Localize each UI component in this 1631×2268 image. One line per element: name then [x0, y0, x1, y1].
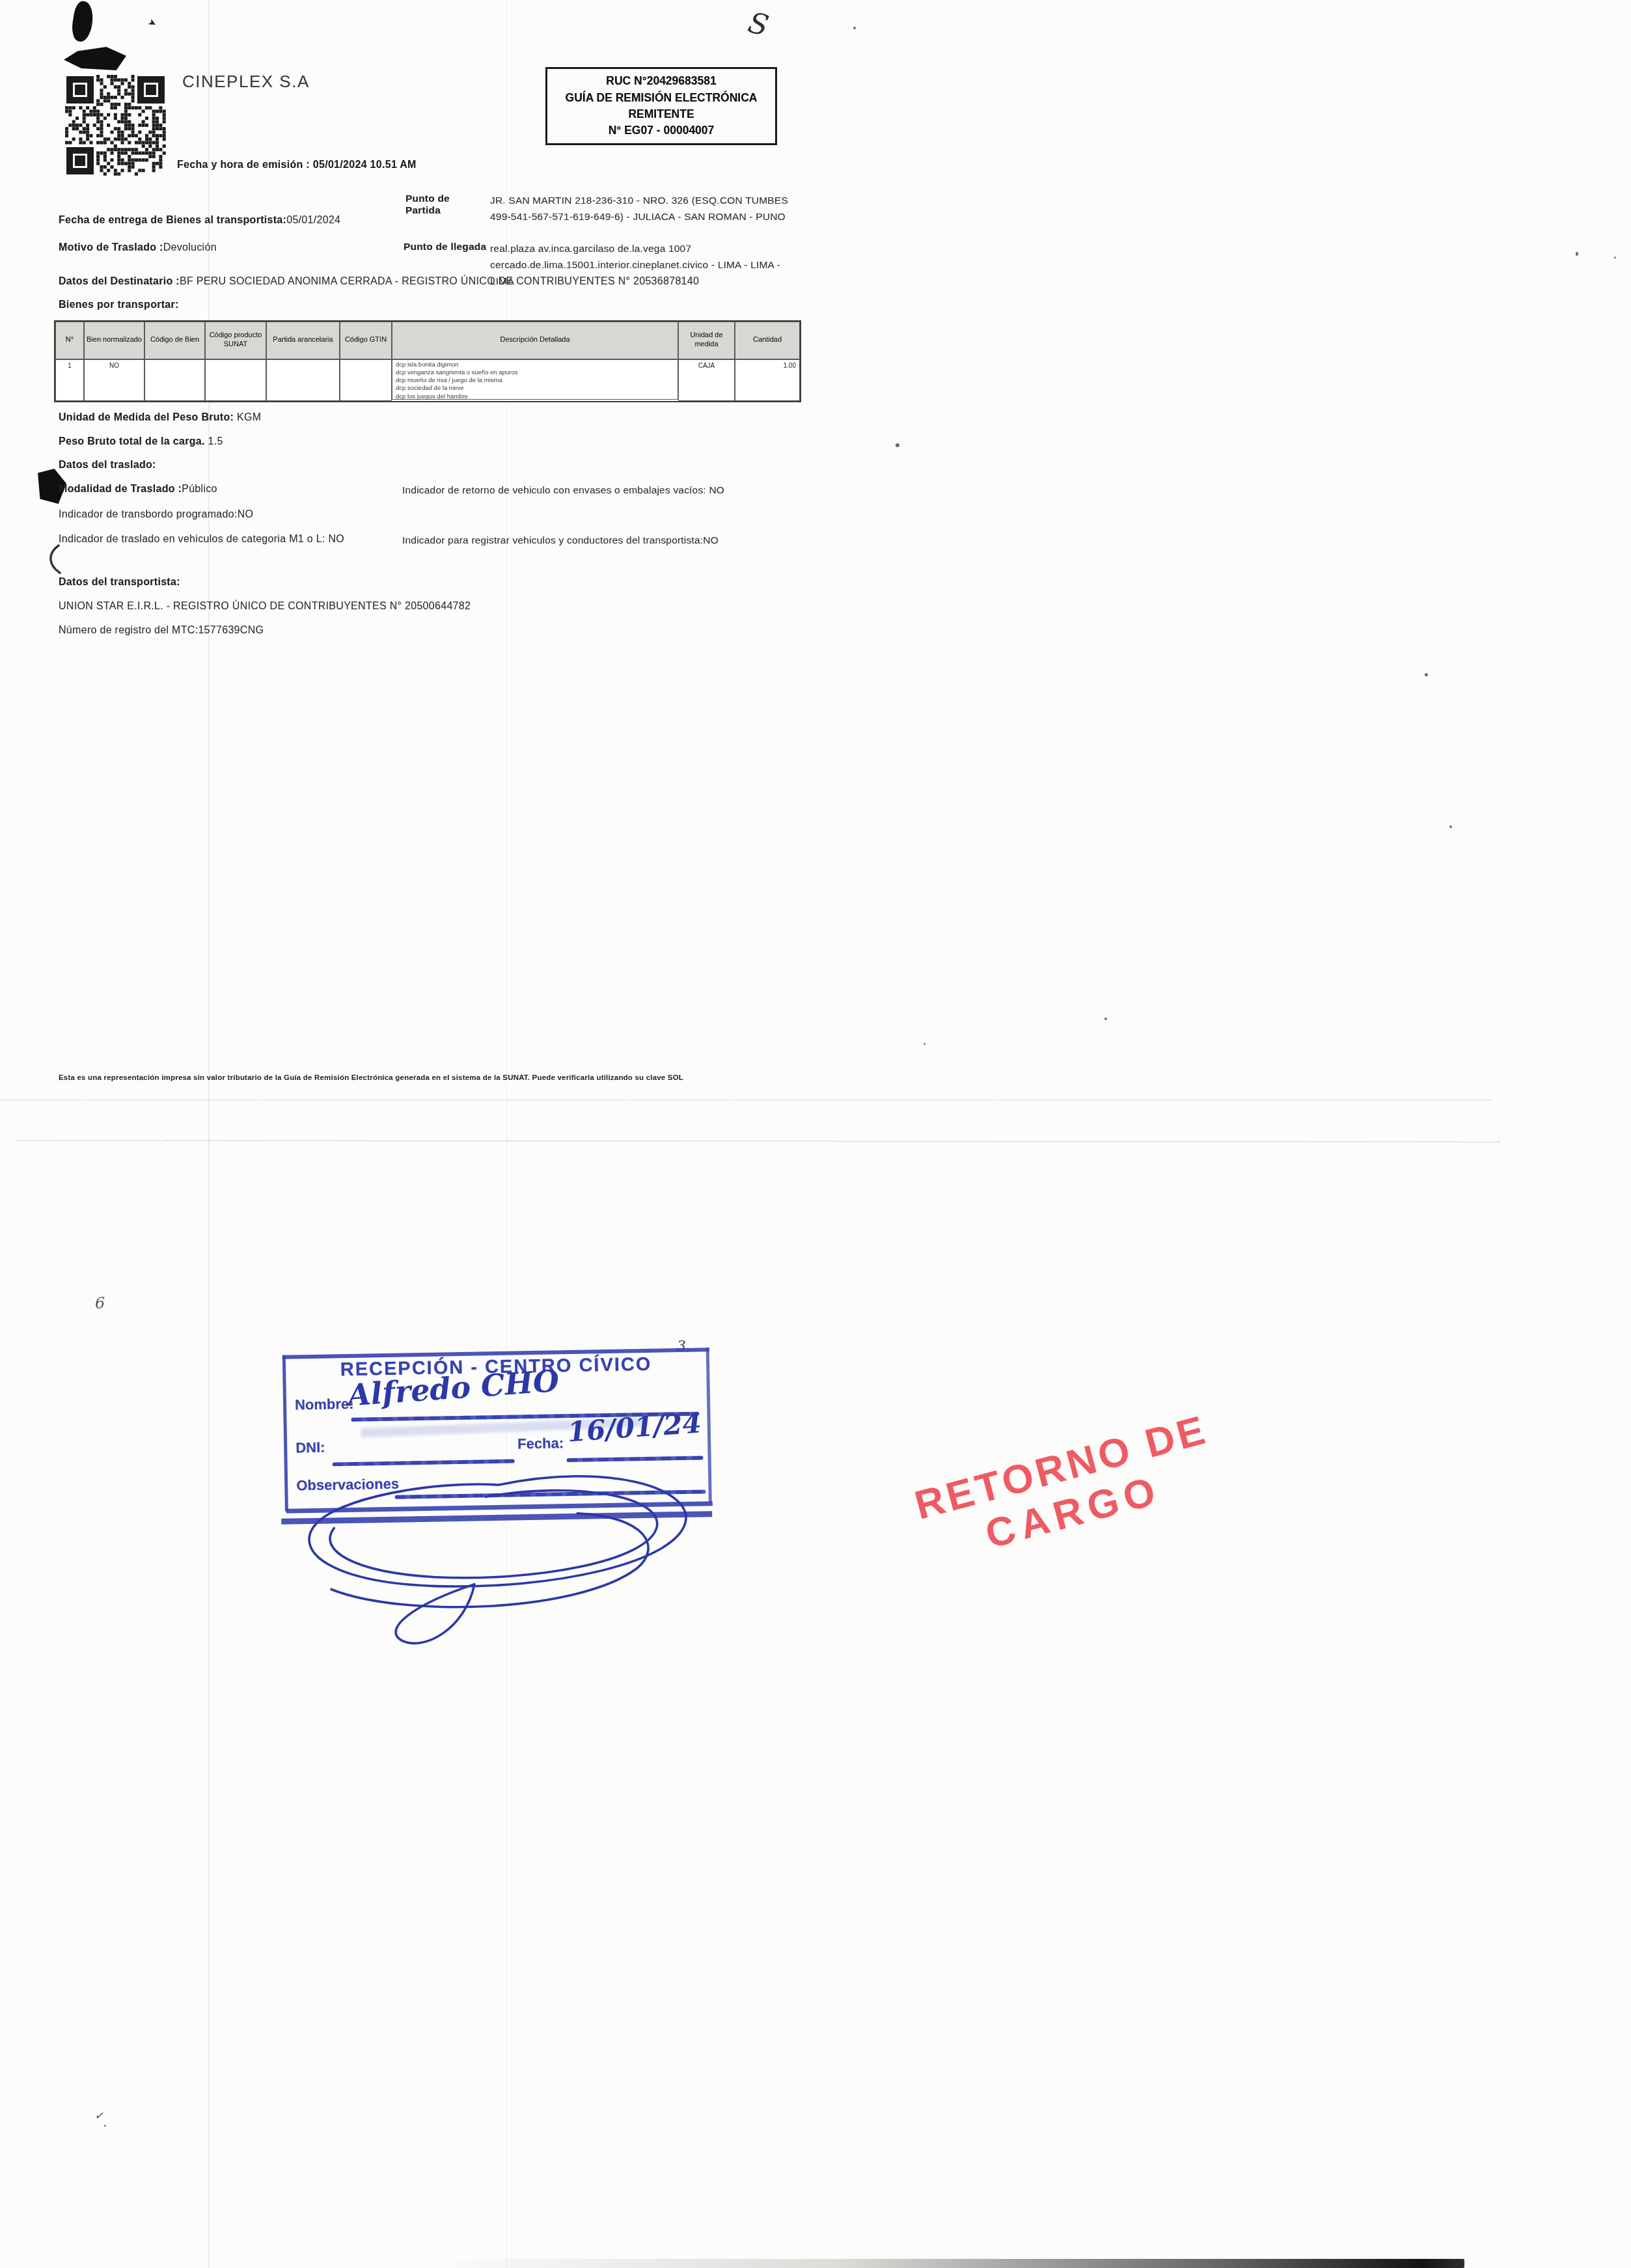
motivo-value: Devolución	[163, 242, 217, 253]
ink-blot	[64, 47, 126, 70]
dust-speck	[896, 443, 899, 447]
dust-speck	[1614, 256, 1616, 258]
goods-header-num: N°	[55, 322, 84, 359]
transbordo-value: NO	[238, 509, 254, 520]
partida-value: JR. SAN MARTIN 218-236-310 - NRO. 326 (E…	[490, 193, 796, 226]
scanned-document-page: ➤ CINEPLEX S.A Fecha y hora de emisión :…	[0, 0, 1631, 2268]
nombre-label: Nombre:	[295, 1396, 354, 1414]
llegada-label: Punto de llegada	[404, 242, 487, 253]
destinatario-value: BF PERU SOCIEDAD ANONIMA CERRADA - REGIS…	[180, 276, 699, 287]
peso-total-line: Peso Bruto total de la carga. 1.5	[59, 436, 223, 448]
pen-mark	[44, 544, 65, 575]
handwritten-check: ✓	[94, 2109, 106, 2123]
goods-header-codigo-bien: Código de Bien	[144, 322, 205, 359]
m1l-label: Indicador de traslado en vehiculos de ca…	[59, 534, 325, 545]
m1l-value: NO	[328, 534, 344, 545]
dust-speck	[853, 27, 856, 29]
descripcion-line: dcp sociedad de la nieve	[396, 385, 674, 393]
goods-header-bien: Bien normalizado	[84, 322, 144, 359]
retorno-label: Indicador de retorno de vehiculo con env…	[402, 485, 706, 496]
goods-cell-partida	[266, 359, 340, 401]
goods-cell-gtin	[340, 359, 392, 401]
transportista-line: UNION STAR E.I.R.L. - REGISTRO ÚNICO DE …	[59, 601, 471, 613]
registrar-label: Indicador para registrar vehiculos y con…	[402, 535, 703, 546]
goods-cell-descripcion: dcp isla bonita digimon dcp venganza san…	[392, 359, 678, 400]
transbordo-label: Indicador de transbordo programado:	[59, 509, 238, 520]
reception-stamp: RECEPCIÓN - CENTRO CÍVICO Nombre: Alfred…	[285, 1348, 709, 1525]
signature	[270, 1422, 730, 1652]
dust-speck	[1576, 252, 1578, 256]
mtc-line: Número de registro del MTC:1577639CNG	[59, 625, 264, 637]
ruc-document-box: RUC N°20429683581 GUÍA DE REMISIÓN ELECT…	[545, 67, 777, 145]
document-role: REMITENTE	[628, 106, 694, 122]
motivo-label: Motivo de Traslado :	[59, 242, 163, 253]
ink-blot	[70, 0, 95, 43]
qr-code	[65, 75, 166, 176]
goods-cell-codigo-bien	[144, 359, 205, 401]
handwritten-mark: S	[745, 6, 772, 43]
fecha-entrega-value: 05/01/2024	[286, 215, 340, 226]
dust-speck	[924, 1043, 925, 1045]
modalidad-line: Modalidad de Traslado :Público	[59, 484, 217, 495]
document-type: GUÍA DE REMISIÓN ELECTRÓNICA	[566, 90, 758, 106]
transportista-title: Datos del transportista:	[59, 577, 180, 588]
destinatario-label: Datos del Destinatario :	[59, 276, 180, 287]
emission-line: Fecha y hora de emisión : 05/01/2024 10.…	[177, 159, 417, 171]
disclaimer: Esta es una representación impresa sin v…	[59, 1074, 683, 1082]
retorno-value: NO	[709, 485, 724, 496]
goods-cell-bien: NO	[84, 359, 144, 401]
fecha-entrega-line: Fecha de entrega de Bienes al transporti…	[59, 215, 340, 227]
scanner-smear	[430, 2259, 1464, 2268]
goods-header-descripcion: Descripción Detallada	[392, 322, 678, 359]
handwritten-mark: 6	[95, 1294, 105, 1312]
dust-speck	[1425, 673, 1428, 676]
fold-crease	[16, 1140, 1500, 1142]
registrar-line: Indicador para registrar vehiculos y con…	[402, 535, 719, 547]
descripcion-line: dcp venganza sangrienta o sueño en apuro…	[396, 369, 674, 377]
peso-unit-label: Unidad de Medida del Peso Bruto:	[59, 412, 234, 423]
partida-label: Punto de Partida	[405, 193, 487, 217]
company-name: CINEPLEX S.A	[182, 72, 310, 92]
document-number: N° EG07 - 00004007	[609, 122, 715, 139]
perforation-line	[0, 1099, 1490, 1100]
bienes-title: Bienes por transportar:	[59, 299, 179, 311]
goods-header-cantidad: Cantidad	[735, 322, 800, 359]
fecha-entrega-label: Fecha de entrega de Bienes al transporti…	[59, 215, 286, 226]
dust-speck	[104, 2125, 106, 2127]
motivo-line: Motivo de Traslado :Devolución	[59, 242, 217, 254]
descripcion-line: dcp los juegos del hambre	[396, 393, 674, 401]
peso-unit-line: Unidad de Medida del Peso Bruto: KGM	[59, 412, 261, 424]
descripcion-line: dcp muerto de risa / juego de la misma	[396, 377, 674, 385]
dust-speck	[1449, 825, 1452, 828]
goods-cell-codigo-sunat	[205, 359, 266, 401]
pen-mark: ➤	[146, 16, 159, 30]
modalidad-label: Modalidad de Traslado :	[59, 484, 182, 495]
traslado-title: Datos del traslado:	[59, 460, 156, 471]
goods-header-codigo-sunat: Código producto SUNAT	[205, 322, 266, 359]
destinatario-line: Datos del Destinatario :BF PERU SOCIEDAD…	[59, 276, 774, 288]
retorno-line: Indicador de retorno de vehiculo con env…	[402, 485, 724, 497]
cargo-stamp: RETORNO DE CARGO	[873, 1396, 1261, 1584]
transbordo-line: Indicador de transbordo programado:NO	[59, 509, 253, 521]
descripcion-line: dcp isla bonita digimon	[396, 361, 674, 369]
goods-cell-cantidad: 1.00	[735, 359, 800, 401]
peso-unit-value: KGM	[237, 412, 261, 423]
goods-header-gtin: Código GTIN	[340, 322, 392, 359]
emission-label: Fecha y hora de emisión :	[177, 159, 310, 171]
modalidad-value: Público	[182, 484, 217, 495]
m1l-line: Indicador de traslado en vehiculos de ca…	[59, 534, 344, 546]
peso-total-value: 1.5	[208, 436, 223, 447]
goods-table: N° Bien normalizado Código de Bien Códig…	[54, 320, 801, 402]
goods-cell-num: 1	[55, 359, 84, 401]
ruc-number: RUC N°20429683581	[606, 73, 716, 89]
goods-header-partida: Partida arancelaria	[266, 322, 340, 359]
dust-speck	[1104, 1017, 1107, 1020]
registrar-value: NO	[703, 535, 719, 546]
emission-value: 05/01/2024 10.51 AM	[313, 159, 417, 171]
goods-header-unidad: Unidad de medida	[678, 322, 735, 359]
goods-cell-unidad: CAJA	[678, 359, 735, 401]
peso-total-label: Peso Bruto total de la carga.	[59, 436, 205, 447]
